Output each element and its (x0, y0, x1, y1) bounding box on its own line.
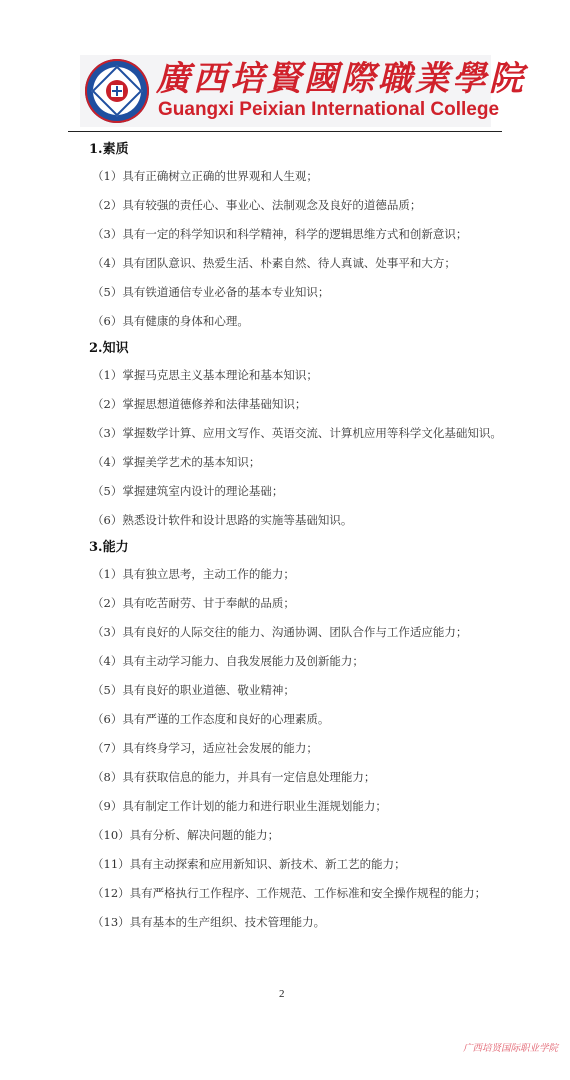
list-item: （6）具有健康的身体和心理。 (92, 307, 509, 336)
list-item: （1）具有正确树立正确的世界观和人生观； (92, 162, 509, 191)
list-item: （2）具有较强的责任心、事业心、法制观念及良好的道德品质； (92, 191, 509, 220)
book-icon (111, 85, 123, 97)
list-item: （3）掌握数学计算、应用文写作、英语交流、计算机应用等科学文化基础知识。 (92, 419, 509, 448)
list-item: （10）具有分析、解决问题的能力； (92, 821, 509, 850)
section-heading: 3.能力 (89, 536, 509, 560)
document-body: 1.素质 （1）具有正确树立正确的世界观和人生观； （2）具有较强的责任心、事业… (89, 138, 509, 938)
list-item: （4）具有团队意识、热爱生活、朴素自然、待人真诚、处事平和大方； (92, 249, 509, 278)
page-number: 2 (279, 988, 285, 1000)
section-knowledge: 2.知识 （1）掌握马克思主义基本理论和基本知识； （2）掌握思想道德修养和法律… (89, 337, 509, 535)
section-heading: 2.知识 (89, 337, 509, 361)
college-name-chinese: 廣西培賢國際職業學院 (156, 59, 526, 99)
list-item: （5）掌握建筑室内设计的理论基础； (92, 477, 509, 506)
list-item: （5）具有良好的职业道德、敬业精神； (92, 676, 509, 705)
list-item: （8）具有获取信息的能力，并具有一定信息处理能力； (92, 763, 509, 792)
header-divider (68, 131, 502, 132)
college-emblem-icon (85, 59, 149, 123)
list-item: （7）具有终身学习，适应社会发展的能力； (92, 734, 509, 763)
section-ability: 3.能力 （1）具有独立思考，主动工作的能力； （2）具有吃苦耐劳、甘于奉献的品… (89, 536, 509, 937)
college-watermark: 广西培贤国际职业学院 (463, 1040, 558, 1054)
college-name-english: Guangxi Peixian International College (158, 99, 499, 121)
list-item: （11）具有主动探索和应用新知识、新技术、新工艺的能力； (92, 850, 509, 879)
list-item: （6）熟悉设计软件和设计思路的实施等基础知识。 (92, 506, 509, 535)
section-heading: 1.素质 (89, 138, 509, 162)
list-item: （13）具有基本的生产组织、技术管理能力。 (92, 908, 509, 937)
list-item: （12）具有严格执行工作程序、工作规范、工作标准和安全操作规程的能力； (92, 879, 509, 908)
list-item: （9）具有制定工作计划的能力和进行职业生涯规划能力； (92, 792, 509, 821)
list-item: （2）具有吃苦耐劳、甘于奉献的品质； (92, 589, 509, 618)
list-item: （6）具有严谨的工作态度和良好的心理素质。 (92, 705, 509, 734)
list-item: （4）掌握美学艺术的基本知识； (92, 448, 509, 477)
list-item: （1）具有独立思考，主动工作的能力； (92, 560, 509, 589)
list-item: （3）具有良好的人际交往的能力、沟通协调、团队合作与工作适应能力； (92, 618, 509, 647)
list-item: （4）具有主动学习能力、自我发展能力及创新能力； (92, 647, 509, 676)
section-quality: 1.素质 （1）具有正确树立正确的世界观和人生观； （2）具有较强的责任心、事业… (89, 138, 509, 336)
list-item: （5）具有铁道通信专业必备的基本专业知识； (92, 278, 509, 307)
college-header-banner: 廣西培賢國際職業學院 Guangxi Peixian International… (80, 55, 491, 127)
list-item: （2）掌握思想道德修养和法律基础知识； (92, 390, 509, 419)
list-item: （1）掌握马克思主义基本理论和基本知识； (92, 361, 509, 390)
list-item: （3）具有一定的科学知识和科学精神，科学的逻辑思维方式和创新意识； (92, 220, 509, 249)
